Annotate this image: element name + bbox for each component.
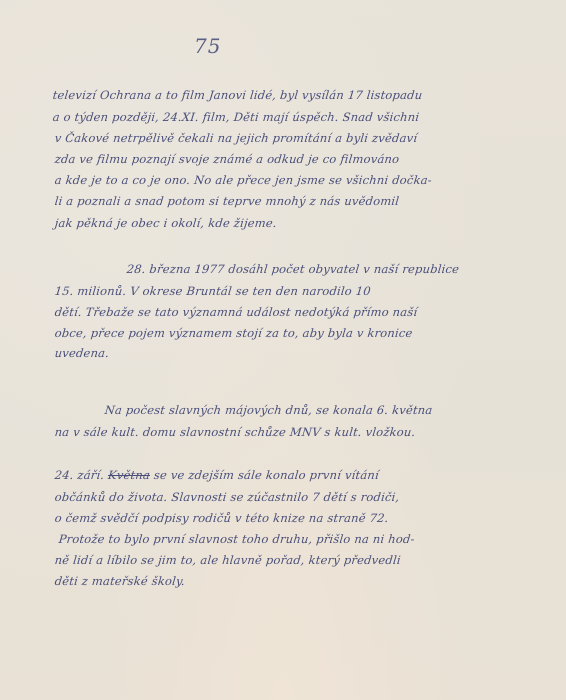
paragraph-2-line-3: dětí. Třebaže se tato významná událost n… xyxy=(54,305,418,319)
paragraph-4-line-1-text: se ve zdejším sále konalo první vítání xyxy=(153,468,379,482)
paragraph-1-line-1: televizí Ochrana a to film Janovi lidé, … xyxy=(52,88,423,102)
paragraph-2-line-5: uvedena. xyxy=(54,346,110,360)
date-label: 24. září. xyxy=(54,468,105,482)
paragraph-4-line-2: občánků do života. Slavnosti se zúčastni… xyxy=(54,490,400,504)
paragraph-1-line-4: zda ve filmu poznají svoje známé a odkud… xyxy=(54,152,400,166)
paragraph-4-line-1: 24. září. Května se ve zdejším sále kona… xyxy=(54,468,380,482)
paragraph-4-line-5: ně lidí a líbilo se jim to, ale hlavně p… xyxy=(54,553,401,567)
struck-word: Května xyxy=(107,468,150,482)
paragraph-2-line-2: 15. milionů. V okrese Bruntál se ten den… xyxy=(54,284,372,298)
paragraph-1-line-5: a kde je to a co je ono. No ale přece je… xyxy=(54,173,433,187)
paragraph-2-line-4: obce, přece pojem významem stojí za to, … xyxy=(54,326,413,340)
page-number: 75 xyxy=(194,34,221,58)
paragraph-1-line-7: jak pěkná je obec i okolí, kde žijeme. xyxy=(54,216,277,230)
paragraph-1-line-2: a o týden později, 24.XI. film, Děti maj… xyxy=(52,110,420,124)
paragraph-4-line-3: o čemž svědčí podpisy rodičů v této kniz… xyxy=(54,511,389,525)
handwritten-page: 75 televizí Ochrana a to film Janovi lid… xyxy=(0,0,566,700)
paragraph-2-line-1: 28. března 1977 dosáhl počet obyvatel v … xyxy=(126,262,460,276)
paragraph-3-line-2: na v sále kult. domu slavnostní schůze M… xyxy=(54,425,416,439)
paragraph-1-line-6: li a poznali a snad potom si teprve mnoh… xyxy=(54,194,400,208)
paragraph-1-line-3: v Čakové netrpělivě čekali na jejich pro… xyxy=(54,131,418,145)
paragraph-3-line-1: Na počest slavných májových dnů, se kona… xyxy=(104,403,433,417)
paragraph-4-line-4: Protože to bylo první slavnost toho druh… xyxy=(58,532,415,546)
paragraph-4-line-6: děti z mateřské školy. xyxy=(54,574,186,588)
